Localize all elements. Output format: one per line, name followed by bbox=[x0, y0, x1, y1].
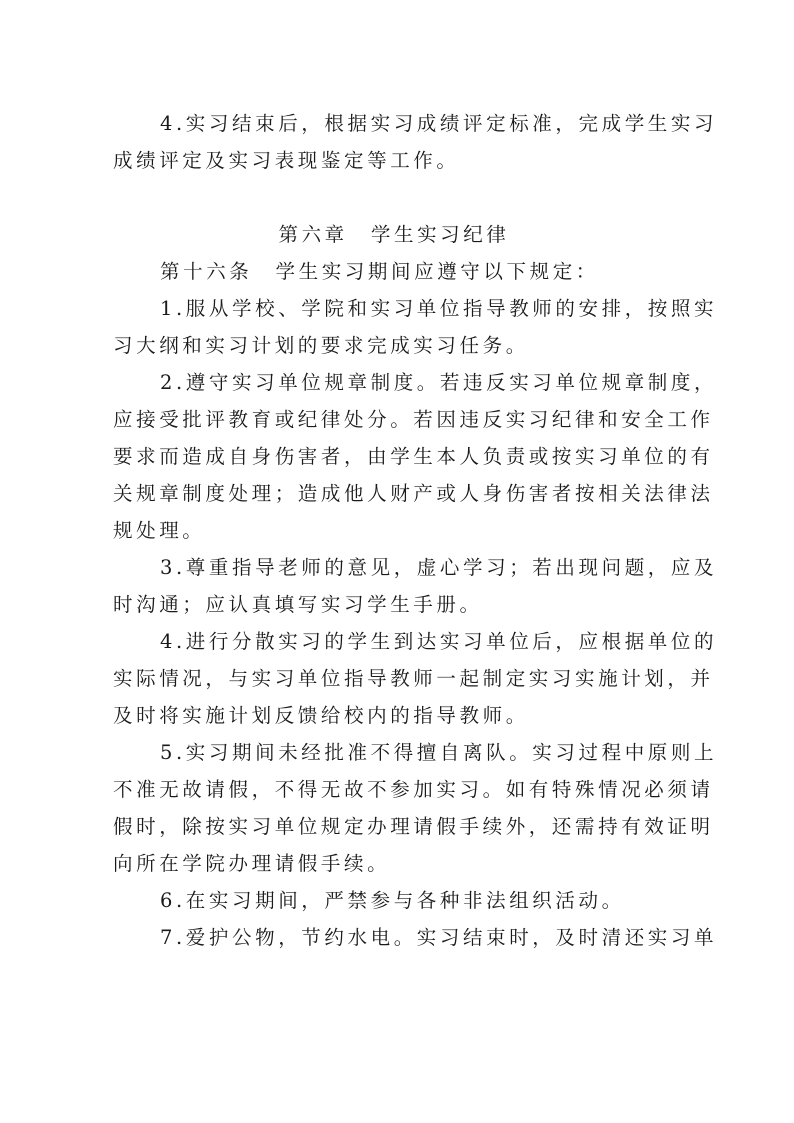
text-line: 3.尊重指导老师的意见，虚心学习；若出现问题，应及 bbox=[113, 549, 675, 586]
paragraph-item-4-evaluation: 4.实习结束后，根据实习成绩评定标准，完成学生实习 成绩评定及实习表现鉴定等工作… bbox=[113, 105, 675, 179]
text-line: 7.爱护公物，节约水电。实习结束时，及时清还实习单 bbox=[113, 919, 675, 956]
article-heading: 第十六条 学生实习期间应遵守以下规定： bbox=[113, 253, 675, 290]
text-line: 及时将实施计划反馈给校内的指导教师。 bbox=[113, 697, 675, 734]
rule-3: 3.尊重指导老师的意见，虚心学习；若出现问题，应及 时沟通；应认真填写实习学生手… bbox=[113, 549, 675, 623]
text-line: 不准无故请假，不得无故不参加实习。如有特殊情况必须请 bbox=[113, 771, 675, 808]
text-line: 2.遵守实习单位规章制度。若违反实习单位规章制度， bbox=[113, 364, 675, 401]
text-line: 4.进行分散实习的学生到达实习单位后，应根据单位的 bbox=[113, 623, 675, 660]
rule-1: 1.服从学校、学院和实习单位指导教师的安排，按照实 习大纲和实习计划的要求完成实… bbox=[113, 290, 675, 364]
text-line: 要求而造成自身伤害者，由学生本人负责或按实习单位的有 bbox=[113, 438, 675, 475]
rule-6: 6.在实习期间，严禁参与各种非法组织活动。 bbox=[113, 882, 675, 919]
rule-7: 7.爱护公物，节约水电。实习结束时，及时清还实习单 bbox=[113, 919, 675, 956]
text-line: 向所在学院办理请假手续。 bbox=[113, 845, 675, 882]
text-line: 成绩评定及实习表现鉴定等工作。 bbox=[113, 142, 675, 179]
text-line: 应接受批评教育或纪律处分。若因违反实习纪律和安全工作 bbox=[113, 401, 675, 438]
rule-5: 5.实习期间未经批准不得擅自离队。实习过程中原则上 不准无故请假，不得无故不参加… bbox=[113, 734, 675, 882]
text-line: 假时，除按实习单位规定办理请假手续外，还需持有效证明 bbox=[113, 808, 675, 845]
text-line: 实际情况，与实习单位指导教师一起制定实习实施计划，并 bbox=[113, 660, 675, 697]
document-body: 4.实习结束后，根据实习成绩评定标准，完成学生实习 成绩评定及实习表现鉴定等工作… bbox=[113, 105, 675, 956]
text-line: 时沟通；应认真填写实习学生手册。 bbox=[113, 586, 675, 623]
text-line: 5.实习期间未经批准不得擅自离队。实习过程中原则上 bbox=[113, 734, 675, 771]
document-page: 4.实习结束后，根据实习成绩评定标准，完成学生实习 成绩评定及实习表现鉴定等工作… bbox=[0, 0, 794, 1123]
text-line: 6.在实习期间，严禁参与各种非法组织活动。 bbox=[113, 882, 675, 919]
blank-line bbox=[113, 179, 675, 216]
text-line: 规处理。 bbox=[113, 512, 675, 549]
text-line: 关规章制度处理；造成他人财产或人身伤害者按相关法律法 bbox=[113, 475, 675, 512]
rule-2: 2.遵守实习单位规章制度。若违反实习单位规章制度， 应接受批评教育或纪律处分。若… bbox=[113, 364, 675, 549]
chapter-title: 第六章 学生实习纪律 bbox=[113, 216, 675, 253]
text-line: 1.服从学校、学院和实习单位指导教师的安排，按照实 bbox=[113, 290, 675, 327]
text-line: 习大纲和实习计划的要求完成实习任务。 bbox=[113, 327, 675, 364]
rule-4: 4.进行分散实习的学生到达实习单位后，应根据单位的 实际情况，与实习单位指导教师… bbox=[113, 623, 675, 734]
text-line: 4.实习结束后，根据实习成绩评定标准，完成学生实习 bbox=[113, 105, 675, 142]
